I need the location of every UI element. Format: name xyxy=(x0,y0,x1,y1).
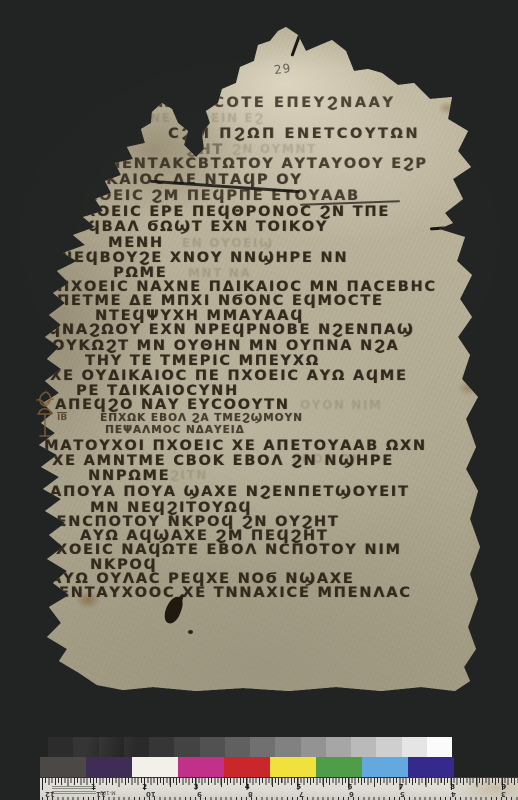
bleedthrough-line: ΝΕ ΟΥΟΕΙΝ ΕϨ xyxy=(150,111,265,125)
parchment-crack xyxy=(430,225,472,231)
color-patch xyxy=(178,757,224,777)
color-calibration-bar xyxy=(40,757,454,777)
pencil-folio-number: 29 xyxy=(273,61,292,77)
manuscript-rubric-line: ΕΠΧΩΚ ΕΒΟΛ ϨΑ ΤΜΕϨϢΜΟΥΝ xyxy=(100,412,303,424)
manuscript-line: ΤΗΥ ΤΕ ΤΜΕΡΙϹ ΜΠΕΥΧΩ xyxy=(85,353,320,369)
ruler-manufacturer-smallprint xyxy=(52,784,96,796)
bleedthrough-line: ΟΥΟΝ ΝΙΜ xyxy=(300,398,383,412)
manuscript-line: ΝΕΝΤΑΚϹΒΤΩΤΟΥ ΑΥΤΑΥΟΟΥ ΕϨΡ xyxy=(108,156,428,172)
ruler-inverted-number: 12 xyxy=(45,790,55,798)
grayscale-bar-glare xyxy=(48,737,452,757)
ruler: M-109 123456789 1211109876543 xyxy=(40,777,518,800)
margin-coronis-icon xyxy=(31,390,59,438)
color-patch xyxy=(132,757,178,777)
parchment-crack xyxy=(290,30,302,56)
bleedthrough-line: ϨΝ ΟΥΜΝΤ xyxy=(232,142,317,156)
color-patch xyxy=(408,757,454,777)
manuscript-line: ΠΧΟΕΙϹ ΕΡΕ ΠΕϤΘΡΟΝΟϹ ϨΝ ΤΠΕ xyxy=(70,204,390,220)
manuscript-line: ΟΥΚΩϨΤ ΜΝ ΟΥΘΗΝ ΜΝ ΟΥΠΝΑ ΝϨΑ xyxy=(52,338,399,354)
manuscript-line: ΝΕϤΒΟΥϨΕ ΧΝΟΥ ΝΝϢΗΡΕ ΝΝ xyxy=(60,250,348,266)
manuscript-line: ΝΝΡΩΜΕ xyxy=(88,468,170,484)
manuscript-line: ΜΕΝΗ xyxy=(108,235,164,251)
manuscript-line: ΠΧΟΕΙϹ ϨΜ ΠΕϤΡΠΕ ΕΤΟΥΑΑΒ xyxy=(72,188,360,204)
color-patch xyxy=(362,757,408,777)
manuscript-line: ΑΠΟΥΑ ΠΟΥΑ ϢΑΧΕ ΝϨΕΝΠΕΤϢΟΥΕΙΤ xyxy=(50,484,410,500)
bleedthrough-line: ΕΝ ΟΥΟΕΙϢ xyxy=(182,236,274,250)
manuscript-line: ΠΧΟΕΙϹ ΝΑϤΩΤΕ ΕΒΟΛ ΝϹΠΟΤΟΥ ΝΙΜ xyxy=(42,542,402,558)
manuscript-line: ΠΔΙΚΑΙΟϹ ΔΕ ΝΤΑϤΡ ΟΥ xyxy=(72,172,303,188)
manuscript-line: ΧΕ ΟΥΔΙΚΑΙΟϹ ΠΕ ΠΧΟΕΙϹ ΑΥΩ ΑϤΜΕ xyxy=(50,368,408,384)
manuscript-page: 29 ΝΕ ΟΥΟΕΙΝ ΕϨ ϨΝ ΟΥΜΝΤ ΕΝ ΟΥΟΕΙϢ ΜΝΤ Ν… xyxy=(0,0,518,800)
photograph: 29 ΝΕ ΟΥΟΕΙΝ ΕϨ ϨΝ ΟΥΜΝΤ ΕΝ ΟΥΟΕΙϢ ΜΝΤ Ν… xyxy=(0,0,518,800)
ruler-inverted-number: 11 xyxy=(96,790,106,798)
color-patch xyxy=(270,757,316,777)
ruler-inverted-number: 3 xyxy=(501,790,506,798)
color-patch xyxy=(224,757,270,777)
manuscript-line: ΝΕϤΒΑΛ ϬΩϢΤ ΕΧΝ ΤΟΙΚΟΥ xyxy=(62,219,328,235)
bleedthrough-line: ΜΝΤ ΝΑ xyxy=(188,266,251,280)
manuscript-line: ΠΕΤΜΕ ΔΕ ΜΠΧΙ ΝϬΟΝϹ ΕϤΜΟϹΤΕ xyxy=(57,293,384,309)
ruler-inverted-number: 7 xyxy=(299,790,304,798)
manuscript-line: ϹϨΜ ΠϨΩΠ ΕΝΕΤϹΟΥΤΩΝ xyxy=(168,126,420,142)
manuscript-line: ΧΕ ΑΜΝΤΜΕ ϹΒΟΚ ΕΒΟΛ ϨΝ ΝϢΗΡΕ xyxy=(52,453,394,469)
ruler-inverted-number: 4 xyxy=(451,790,456,798)
ruler-inverted-number: 8 xyxy=(248,790,253,798)
color-patch xyxy=(40,757,86,777)
manuscript-line: ϤΝΑϨΩΟΥ ΕΧΝ ΝΡΕϤΡΝΟΒΕ ΝϨΕΝΠΑϢ xyxy=(48,322,415,338)
ink-blot xyxy=(188,630,193,634)
grayscale-calibration-bar xyxy=(48,737,452,757)
ruler-inverted-number: 6 xyxy=(349,790,354,798)
color-patch xyxy=(86,757,132,777)
ruler-inverted-number: 5 xyxy=(400,790,405,798)
manuscript-line: ΜΑΤΟΥΧΟΙ ΠΧΟΕΙϹ ΧΕ ΑΠΕΤΟΥΑΑΒ ΩΧΝ xyxy=(44,438,427,454)
manuscript-line: ΑΠΕϤϨΟ ΝΑΥ ΕΥϹΟΟΥΤΝ xyxy=(55,397,290,413)
manuscript-rubric-line: ΠΕΨΑΛΜΟϹ ΝΔΑΥΕΙΔ xyxy=(105,424,245,436)
manuscript-line: ΝΝΕΥϹΟΤΕ ΕΠΕΥϨΝΑΑΥ xyxy=(158,95,395,111)
manuscript-line: ΝΕΝΤΑΥΧΟΟϹ ΧΕ ΤΝΝΑΧΙϹΕ ΜΠΕΝΛΑϹ xyxy=(45,585,412,601)
ruler-inverted-number: 10 xyxy=(146,790,156,798)
bleedthrough-line: ϨΙΤΝ xyxy=(170,468,208,482)
ruler-inverted-number: 9 xyxy=(197,790,202,798)
color-patch xyxy=(316,757,362,777)
